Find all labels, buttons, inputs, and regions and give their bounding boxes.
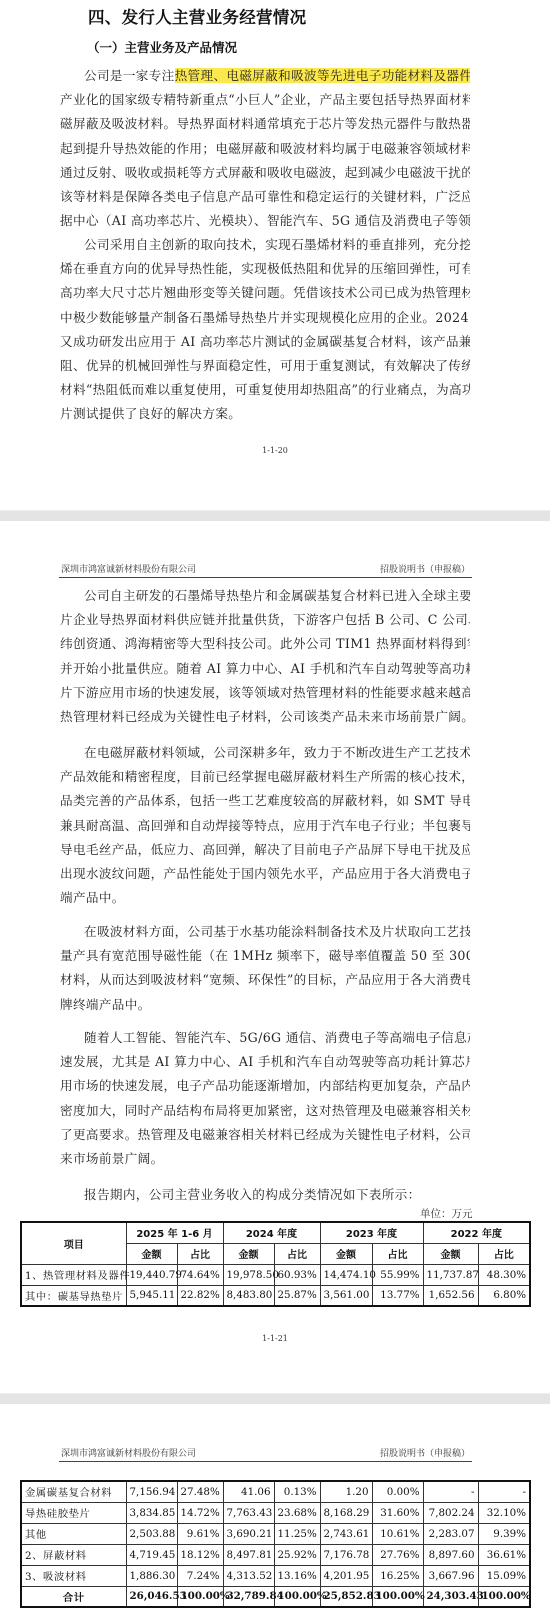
paragraph-line: 片企业导热界面材料供应链并批量供货，下游客户包括 B 公司、C 公司、D 公司、	[60, 608, 470, 632]
running-header: 深圳市鸿富诚新材料股份有限公司 招股说明书（申报稿）	[59, 1446, 472, 1462]
table-row: 导热硅胶垫片 3,834.85 14.72% 7,763.43 23.68% 8…	[21, 1502, 530, 1523]
paragraph-line: 起到提升导热效能的作用；电磁屏蔽和吸波材料均属于电磁兼容领域材料，主要	[60, 137, 470, 161]
paragraph-line: 兼具耐高温、高回弹和自动焊接等特点，应用于汽车电子行业；半包裹导电泡棉、	[60, 814, 470, 838]
subsection-title: （一）主营业务及产品情况	[87, 38, 237, 56]
paragraph-line: 公司自主研发的石墨烯导热垫片和金属碳基复合材料已进入全球主要 AI 芯	[60, 584, 470, 608]
header-document-type: 招股说明书（申报稿）	[380, 562, 470, 575]
paragraph-line: 热管理材料已经成为关键性电子材料，公司该类产品未来市场前景广阔。	[60, 705, 470, 729]
paragraph-line: 又成功研发出应用于 AI 高功率芯片测试的金属碳基复合材料，该产品兼具低热	[60, 330, 470, 354]
header-period: 2022 年度	[423, 1222, 530, 1243]
paragraph-customers: 公司自主研发的石墨烯导热垫片和金属碳基复合材料已进入全球主要 AI 芯 片企业导…	[60, 584, 470, 729]
header-company-name: 深圳市鸿富诚新材料股份有限公司	[61, 1446, 196, 1459]
paragraph-line: 了更高要求。热管理及电磁兼容相关材料已经成为关键性电子材料，公司产品未	[60, 1123, 470, 1147]
paragraph-line: 导电毛丝产品，低应力、高回弹，解决了目前电子产品屏下导电干扰及应用可能	[60, 838, 470, 862]
paragraph-line: 材料，从而达到吸波材料“宽频、环保性”的目标，产品应用于各大消费电子品	[60, 968, 470, 992]
row-label: 3、吸波材料	[21, 1565, 126, 1586]
paragraph-line: 烯在垂直方向的优异导热性能，实现极低热阻和优异的压缩回弹性，可有效解决	[60, 257, 470, 281]
table-row: 1、热管理材料及器件 19,440.79 74.64% 19,978.50 60…	[21, 1264, 530, 1285]
header-period: 2025 年 1-6 月	[126, 1222, 223, 1243]
header-share: 占比	[478, 1243, 530, 1264]
paragraph-line: 公司是一家专注热管理、电磁屏蔽和吸波等先进电子功能材料及器件研发、	[60, 64, 470, 88]
row-label: 其他	[21, 1523, 126, 1544]
table-row: 其他 2,503.88 9.61% 3,690.21 11.25% 2,743.…	[21, 1523, 530, 1544]
header-amount: 金额	[126, 1243, 177, 1264]
paragraph-market-outlook: 随着人工智能、智能汽车、5G/6G 通信、消费电子等高端电子信息产业的快 速发展…	[60, 1026, 470, 1171]
paragraph-line: 片下游应用市场的快速发展，该等领域对热管理材料的性能要求越来越高，先进	[60, 681, 470, 705]
row-label: 2、屏蔽材料	[21, 1544, 126, 1565]
paragraph-line: 报告期内，公司主营业务收入的构成分类情况如下表所示：	[60, 1183, 470, 1207]
table-row: 其中：碳基导热垫片 5,945.11 22.82% 8,483.80 25.87…	[21, 1285, 530, 1306]
highlighted-text: 热管理、电磁屏蔽和吸波等先进电子功能材料及器件	[175, 68, 470, 83]
revenue-table-part2: 金属碳基复合材料 7,156.94 27.48% 41.06 0.13% 1.2…	[20, 1480, 531, 1608]
unit-label: 单位：万元	[420, 1206, 473, 1221]
header-amount: 金额	[320, 1243, 372, 1264]
header-period: 2023 年度	[320, 1222, 423, 1243]
paragraph-line: 牌终端产品中。	[60, 993, 470, 1017]
paragraph-line: 端产品中。	[60, 886, 470, 910]
table-row: 金属碳基复合材料 7,156.94 27.48% 41.06 0.13% 1.2…	[21, 1481, 530, 1502]
page-separator	[0, 510, 550, 521]
paragraph-line: 阻、优异的机械回弹性与界面稳定性，可用于重复测试，有效解决了传统热界面	[60, 354, 470, 378]
revenue-table-part1: 项目 2025 年 1-6 月 2024 年度 2023 年度 2022 年度 …	[20, 1221, 531, 1307]
paragraph-line: 通过反射、吸收或损耗等方式屏蔽和吸收电磁波，起到减少电磁波干扰的作用。	[60, 161, 470, 185]
header-amount: 金额	[223, 1243, 274, 1264]
header-period: 2024 年度	[223, 1222, 320, 1243]
paragraph-line: 片测试提供了良好的解决方案。	[60, 402, 470, 426]
section-title: 四、发行人主营业务经营情况	[88, 4, 306, 28]
table-total-row: 合计 26,046.53 100.00% 32,789.84 100.00% 2…	[21, 1586, 530, 1607]
paragraph-line: 磁屏蔽及吸波材料。导热界面材料通常填充于芯片等发热元器件与散热器之间，	[60, 112, 470, 136]
paragraph-company-intro: 公司是一家专注热管理、电磁屏蔽和吸波等先进电子功能材料及器件研发、 产业化的国家…	[60, 64, 470, 233]
paragraph-line: 品类完善的产品体系，包括一些工艺难度较高的屏蔽材料，如 SMT 导电泡棉，	[60, 789, 470, 813]
paragraph-line: 并开始小批量供应。随着 AI 算力中心、AI 手机和汽车自动驾驶等高功耗计算芯	[60, 657, 470, 681]
table-row: 2、屏蔽材料 4,719.45 18.12% 8,497.81 25.92% 7…	[21, 1544, 530, 1565]
running-header: 深圳市鸿富诚新材料股份有限公司 招股说明书（申报稿）	[59, 562, 472, 578]
page-number: 1-1-21	[0, 1334, 550, 1343]
paragraph-line: 来市场前景广阔。	[60, 1147, 470, 1171]
paragraph-line: 据中心（AI 高功率芯片、光模块）、智能汽车、5G 通信及消费电子等领域。	[60, 209, 470, 233]
paragraph-line: 材料“热阻低而难以重复使用，可重复使用却热阻高”的行业痛点，为高功率芯	[60, 378, 470, 402]
header-item: 项目	[21, 1222, 126, 1264]
paragraph-table-intro: 报告期内，公司主营业务收入的构成分类情况如下表所示：	[60, 1183, 470, 1207]
header-share: 占比	[372, 1243, 423, 1264]
header-amount: 金额	[423, 1243, 478, 1264]
paragraph-line: 随着人工智能、智能汽车、5G/6G 通信、消费电子等高端电子信息产业的快	[60, 1026, 470, 1050]
paragraph-graphene-tech: 公司采用自主创新的取向技术，实现石墨烯材料的垂直排列，充分挖掘石墨 烯在垂直方向…	[60, 233, 470, 427]
row-label: 其中：碳基导热垫片	[21, 1285, 126, 1306]
paragraph-line: 该等材料是保障各类电子信息产品可靠性和稳定运行的关键材料，广泛应用于数	[60, 185, 470, 209]
header-document-type: 招股说明书（申报稿）	[380, 1446, 470, 1459]
paragraph-line: 在电磁屏蔽材料领域，公司深耕多年，致力于不断改进生产工艺技术，提高	[60, 741, 470, 765]
paragraph-line: 公司采用自主创新的取向技术，实现石墨烯材料的垂直排列，充分挖掘石墨	[60, 233, 470, 257]
paragraph-absorbing: 在吸波材料方面，公司基于水基功能涂料制备技术及片状取向工艺技术，可 量产具有宽范…	[60, 920, 470, 1017]
row-label: 导热硅胶垫片	[21, 1502, 126, 1523]
paragraph-line: 速发展，尤其是 AI 算力中心、AI 手机和汽车自动驾驶等高功耗计算芯片下游应	[60, 1050, 470, 1074]
page-number: 1-1-20	[0, 446, 550, 455]
paragraph-line: 密度加大，同时产品结构布局将更加紧密，这对热管理及电磁兼容相关材料提出	[60, 1099, 470, 1123]
header-company-name: 深圳市鸿富诚新材料股份有限公司	[61, 562, 196, 575]
paragraph-line: 在吸波材料方面，公司基于水基功能涂料制备技术及片状取向工艺技术，可	[60, 920, 470, 944]
paragraph-line: 量产具有宽范围导磁性能（在 1MHz 频率下，磁导率值覆盖 50 至 300）的…	[60, 944, 470, 968]
row-label: 1、热管理材料及器件	[21, 1264, 126, 1285]
page-separator	[0, 1393, 550, 1404]
table-row: 3、吸波材料 1,886.30 7.24% 4,313.52 13.16% 4,…	[21, 1565, 530, 1586]
paragraph-shielding: 在电磁屏蔽材料领域，公司深耕多年，致力于不断改进生产工艺技术，提高 产品效能和精…	[60, 741, 470, 910]
paragraph-line: 纬创资通、鸿海精密等大型科技公司。此外公司 TIM1 热界面材料得到客户认可	[60, 632, 470, 656]
paragraph-line: 高功率大尺寸芯片翘曲形变等关键问题。凭借该技术公司已成为热管理材料行业	[60, 281, 470, 305]
paragraph-line: 用市场的快速发展，电子产品功能逐渐增加，内部结构更加复杂，产品内部功率	[60, 1074, 470, 1098]
paragraph-line: 中极少数能够量产制备石墨烯导热垫片并实现规模化应用的企业。2024 年公司	[60, 306, 470, 330]
header-share: 占比	[274, 1243, 320, 1264]
row-label: 金属碳基复合材料	[21, 1481, 126, 1502]
header-share: 占比	[177, 1243, 223, 1264]
paragraph-line: 产业化的国家级专精特新重点“小巨人”企业，产品主要包括导热界面材料、电	[60, 88, 470, 112]
row-label: 合计	[21, 1586, 126, 1607]
paragraph-line: 产品效能和精密程度，目前已经掌握电磁屏蔽材料生产所需的核心技术，形成了	[60, 765, 470, 789]
paragraph-line: 出现水波纹问题，产品性能处于国内领先水平，产品应用于各大消费电子品牌终	[60, 862, 470, 886]
